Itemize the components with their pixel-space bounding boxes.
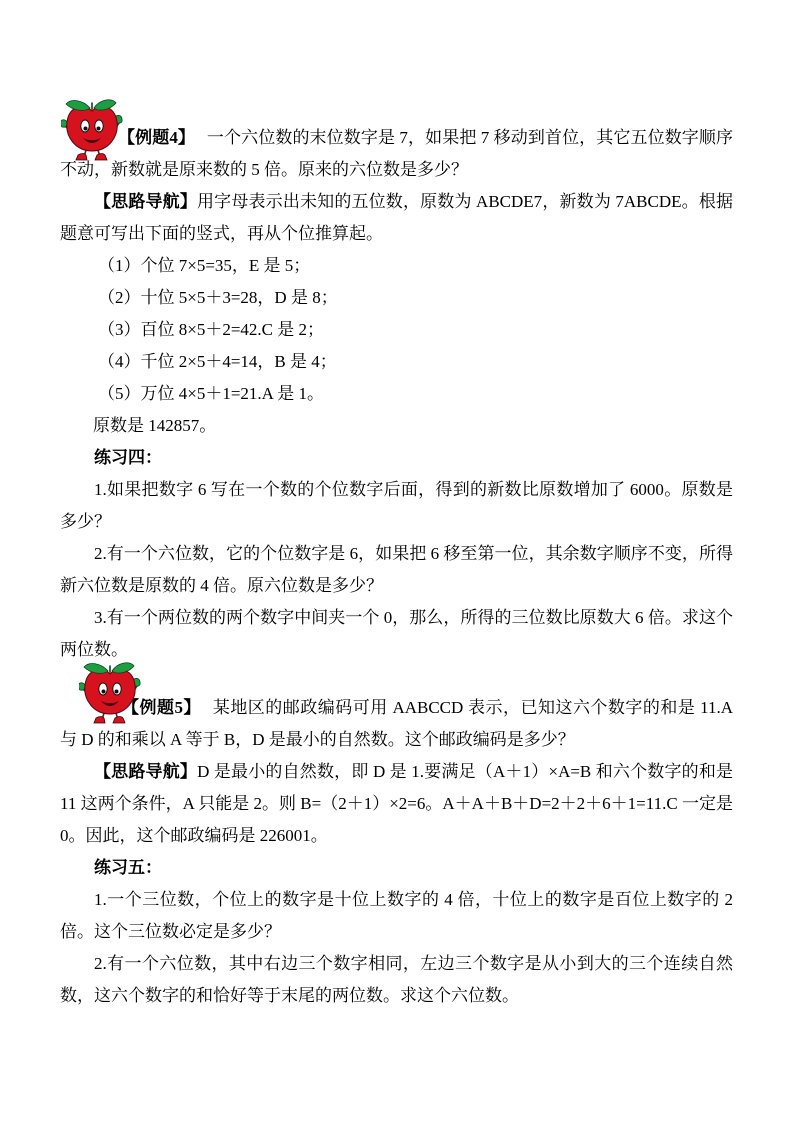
exercise5-heading: 练习五：: [60, 852, 733, 884]
apple-mascot-icon: [61, 99, 123, 163]
example5-analysis-label: 【思路导航】: [94, 762, 197, 781]
exercise5-problem-1: 1.一个三位数，个位上的数字是十位上数字的 4 倍，十位上的数字是百位上数字的 …: [60, 884, 733, 948]
exercise4-problem-3: 3.有一个两位数的两个数字中间夹一个 0，那么，所得的三位数比原数大 6 倍。求…: [60, 602, 733, 666]
example5-paragraph: 【例题5】某地区的邮政编码可用 AABCCD 表示，已知这六个数字的和是 11.…: [60, 692, 733, 756]
exercise4-problem-1: 1.如果把数字 6 写在一个数的个位数字后面，得到的新数比原数增加了 6000。…: [60, 474, 733, 538]
solution-step-4: （4）千位 2×5＋4=14，B 是 4；: [60, 346, 733, 378]
exercise4-heading: 练习四：: [60, 442, 733, 474]
exercise5-problem-2: 2.有一个六位数，其中右边三个数字相同，左边三个数字是从小到大的三个连续自然数，…: [60, 948, 733, 1012]
example4-analysis-paragraph: 【思路导航】用字母表示出未知的五位数，原数为 ABCDE7，新数为 7ABCDE…: [60, 186, 733, 250]
solution-step-2: （2）十位 5×5＋3=28，D 是 8；: [60, 282, 733, 314]
example4-heading: 【例题4】: [118, 128, 195, 147]
document-content: 【例题4】一个六位数的末位数字是 7，如果把 7 移动到首位，其它五位数字顺序不…: [60, 122, 733, 1012]
solution-step-1: （1）个位 7×5=35，E 是 5；: [60, 250, 733, 282]
example4-analysis-label: 【思路导航】: [94, 192, 197, 211]
document-page: 【例题4】一个六位数的末位数字是 7，如果把 7 移动到首位，其它五位数字顺序不…: [0, 0, 793, 1122]
example5-heading: 【例题5】: [122, 698, 201, 717]
example5-analysis-paragraph: 【思路导航】D 是最小的自然数，即 D 是 1.要满足（A＋1）×A=B 和六个…: [60, 756, 733, 852]
solution-conclusion: 原数是 142857。: [60, 410, 733, 442]
example4-paragraph: 【例题4】一个六位数的末位数字是 7，如果把 7 移动到首位，其它五位数字顺序不…: [60, 122, 733, 186]
exercise4-problem-2: 2.有一个六位数，它的个位数字是 6，如果把 6 移至第一位，其余数字顺序不变，…: [60, 538, 733, 602]
solution-step-3: （3）百位 8×5＋2=42.C 是 2；: [60, 314, 733, 346]
solution-step-5: （5）万位 4×5＋1=21.A 是 1。: [60, 378, 733, 410]
